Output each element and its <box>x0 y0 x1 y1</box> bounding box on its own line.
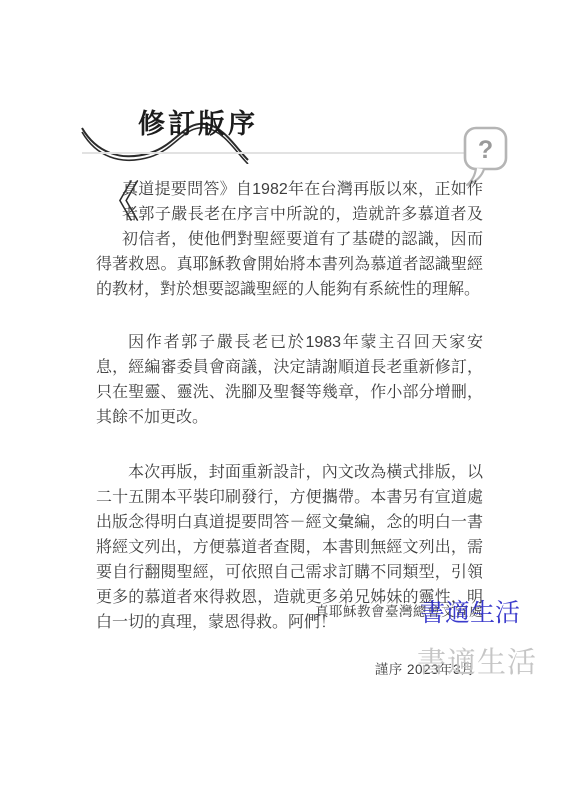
preface-body: 《 真道提要問答》自1982年在台灣再版以來，正如作者郭子嚴長老在序言中所說的，… <box>96 177 483 635</box>
question-mark-glyph: ? <box>478 136 493 164</box>
preface-page: 修訂版序 ? 《 真道提要問答》自1982年在台灣再版以來，正如作者郭子嚴長老在… <box>0 0 578 800</box>
opening-quote-glyph: 《 <box>96 178 122 228</box>
paragraph-2-text: 因作者郭子嚴長老已於1983年蒙主召回天家安息，經編審委員會商議，決定請謝順道長… <box>96 334 483 426</box>
signature-organization: 真耶穌教會臺灣總會文宣處 <box>96 600 483 620</box>
signature-date: 謹序 2023年3月 <box>96 658 475 678</box>
header-divider <box>82 152 464 154</box>
page-title: 修訂版序 <box>138 102 258 141</box>
paragraph-1: 《 真道提要問答》自1982年在台灣再版以來，正如作者郭子嚴長老在序言中所說的，… <box>96 177 483 302</box>
paragraph-1-text: 真道提要問答》自1982年在台灣再版以來，正如作者郭子嚴長老在序言中所說的，造就… <box>96 181 483 298</box>
paragraph-2: 因作者郭子嚴長老已於1983年蒙主召回天家安息，經編審委員會商議，決定請謝順道長… <box>96 330 483 430</box>
